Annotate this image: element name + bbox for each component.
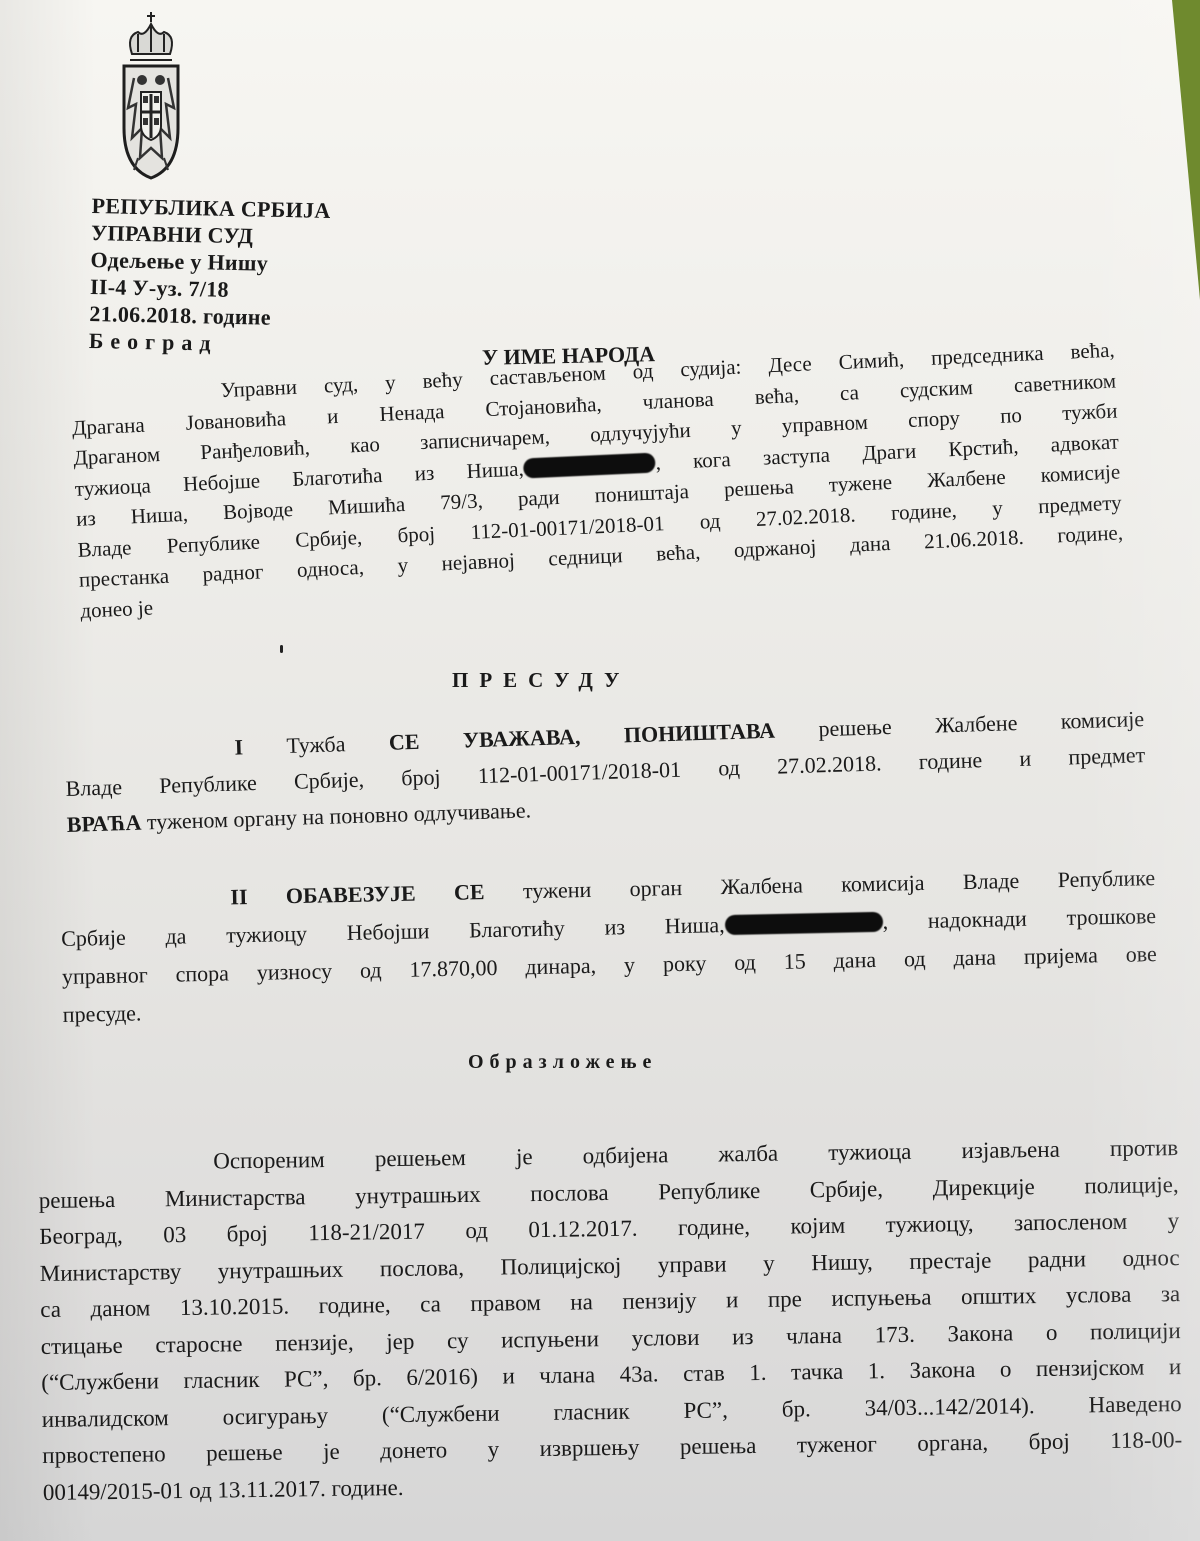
court-header: РЕПУБЛИКА СРБИЈА УПРАВНИ СУД Одељење у Н… — [89, 192, 331, 359]
ink-speck — [280, 645, 283, 653]
title-reasoning: Образложење — [468, 1051, 657, 1074]
title-verdict: ПРЕСУДУ — [452, 668, 630, 693]
coat-of-arms-icon — [120, 8, 182, 184]
verdict-item-1: I Тужба СЕ УВАЖАВА, ПОНИШТАВА решење Жал… — [64, 701, 1147, 843]
document-city: Београд — [89, 327, 328, 359]
redacted-address — [724, 912, 882, 935]
document-page: РЕПУБЛИКА СРБИЈА УПРАВНИ СУД Одељење у Н… — [0, 0, 1200, 1541]
intro-paragraph: Управни суд, у већу састављеном од судиј… — [70, 335, 1125, 626]
reasoning-paragraph: Оспореним решењем је одбијена жалба тужи… — [38, 1130, 1183, 1511]
redacted-address — [523, 452, 656, 478]
verdict-item-2: II ОБАВЕЗУЈЕ СЕ тужени орган Жалбена ком… — [60, 859, 1158, 1034]
